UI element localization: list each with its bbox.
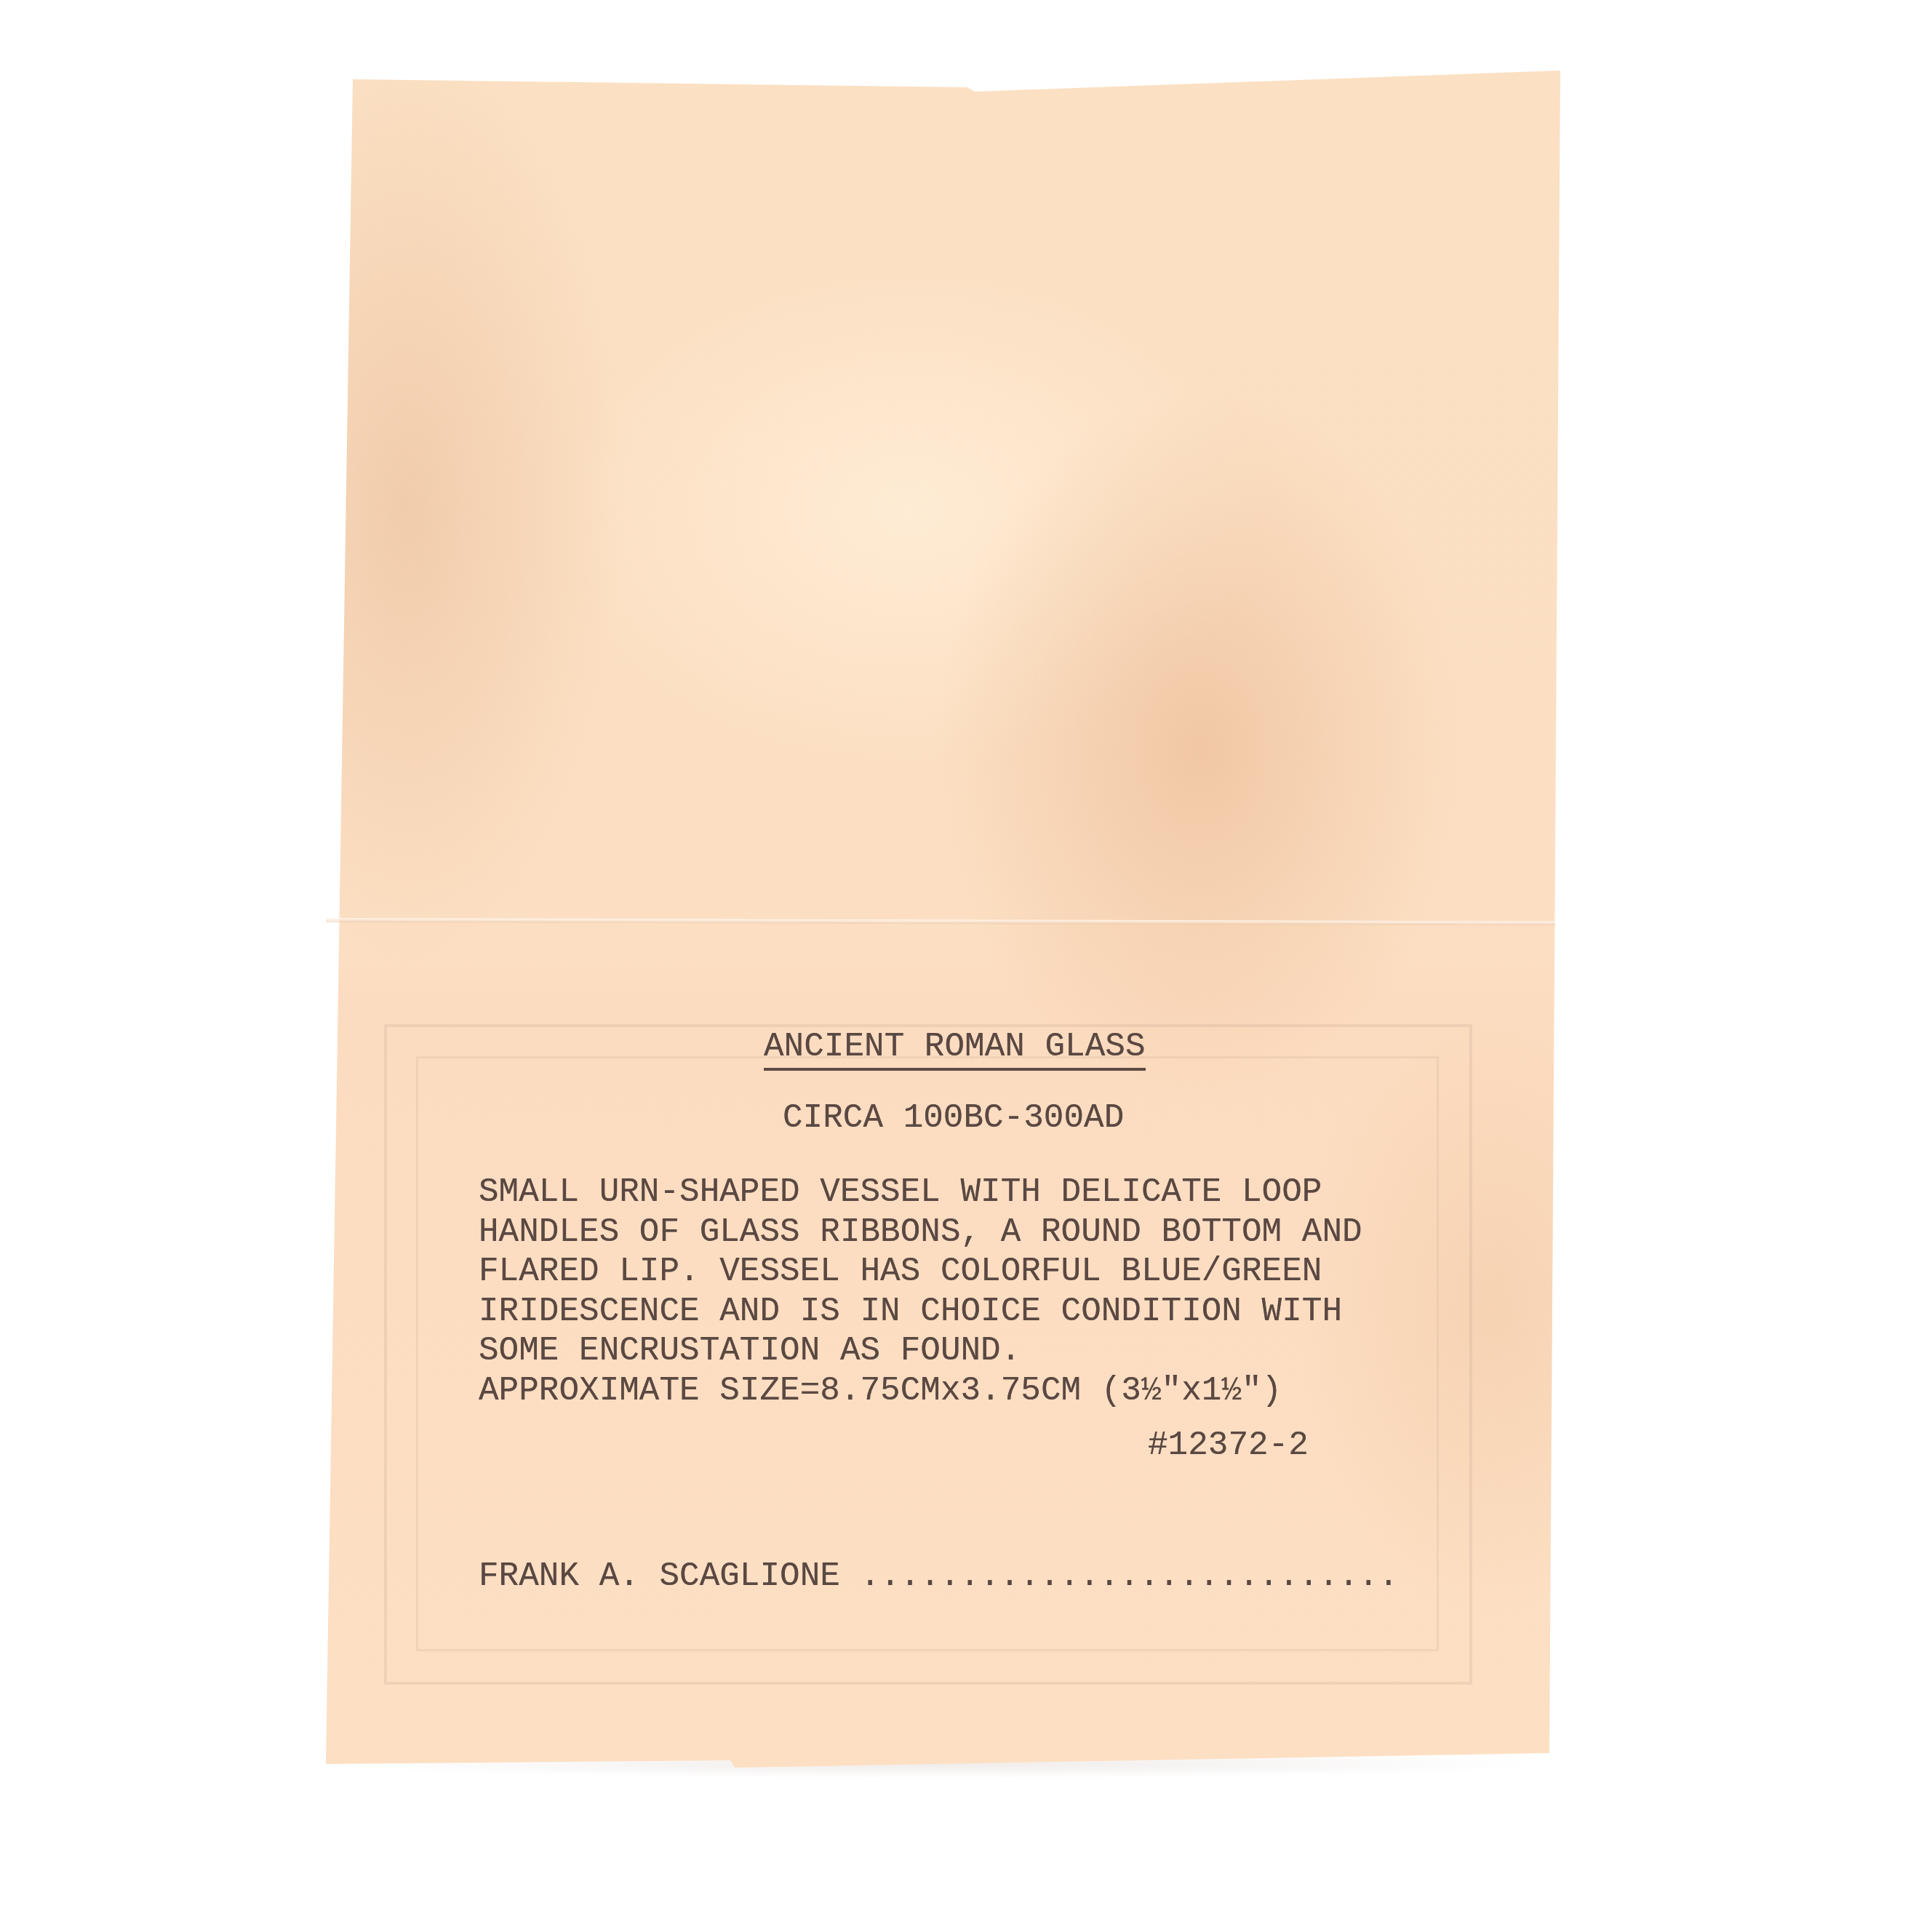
description-line: SMALL URN-SHAPED VESSEL WITH DELICATE LO… bbox=[479, 1175, 1362, 1216]
description-line: IRIDESCENCE AND IS IN CHOICE CONDITION W… bbox=[479, 1295, 1362, 1335]
description-line: SOME ENCRUSTATION AS FOUND. bbox=[479, 1334, 1362, 1374]
description-line: FLARED LIP. VESSEL HAS COLORFUL BLUE/GRE… bbox=[479, 1255, 1362, 1295]
signatory-name: FRANK A. SCAGLIONE bbox=[479, 1557, 840, 1595]
catalog-number: #12372-2 bbox=[1148, 1429, 1309, 1462]
signature-dotted-leader: ........................... bbox=[861, 1557, 1399, 1595]
description-line: HANDLES OF GLASS RIBBONS, A ROUND BOTTOM… bbox=[479, 1216, 1362, 1256]
item-description: SMALL URN-SHAPED VESSEL WITH DELICATE LO… bbox=[479, 1175, 1362, 1413]
signature-line: FRANK A. SCAGLIONE .....................… bbox=[479, 1560, 1398, 1593]
date-range: CIRCA 100BC-300AD bbox=[783, 1101, 1124, 1135]
size-line: APPROXIMATE SIZE=8.75CMx3.75CM (3½"x1½") bbox=[479, 1374, 1362, 1414]
certificate-title: ANCIENT ROMAN GLASS bbox=[764, 1030, 1146, 1071]
